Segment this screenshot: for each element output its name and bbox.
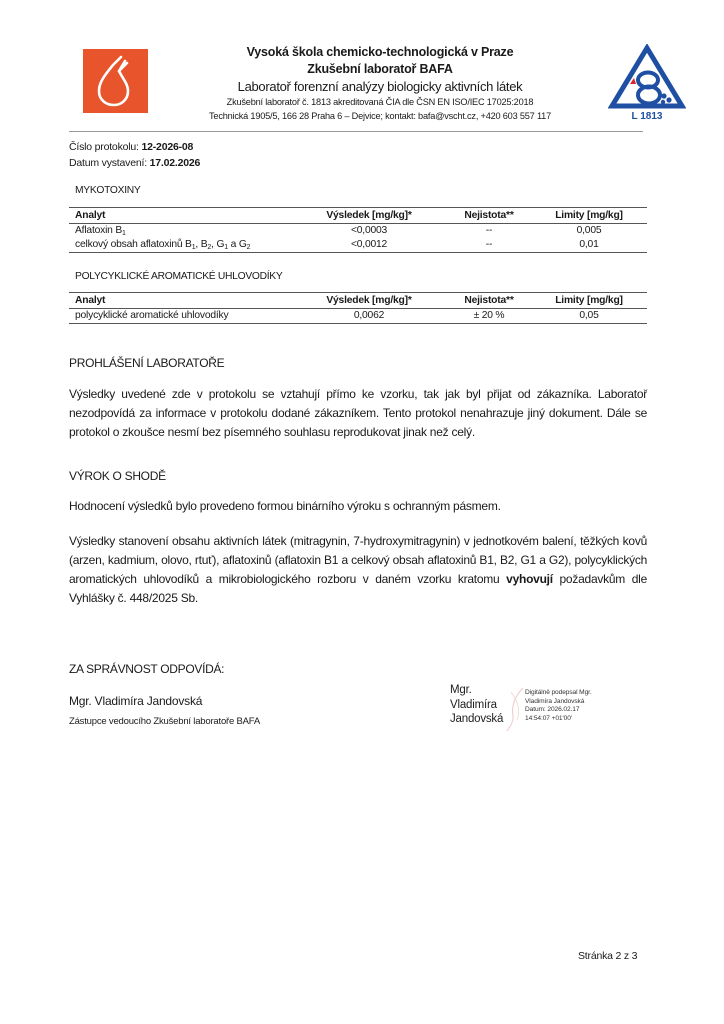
conformity-verdict: vyhovují	[506, 572, 553, 586]
col-result: Výsledek [mg/kg]*	[294, 293, 444, 308]
col-limit: Limity [mg/kg]	[529, 208, 649, 223]
result-cell: <0,0003	[294, 224, 444, 238]
lab-subtitle: Laboratoř forenzní analýzy biologicky ak…	[150, 79, 610, 94]
analyt-cell: Aflatoxin B1	[75, 224, 126, 239]
pah-table: Analyt Výsledek [mg/kg]* Nejistota** Lim…	[69, 292, 647, 324]
table-row: celkový obsah aflatoxinů B1, B2, G1 a G2…	[69, 238, 647, 253]
col-limit: Limity [mg/kg]	[529, 293, 649, 308]
digital-signature-name: Mgr. Vladimíra Jandovská	[450, 683, 503, 727]
declaration-text: Výsledky uvedené zde v protokolu se vzta…	[69, 385, 647, 442]
analyt-cell: polycyklické aromatické uhlovodíky	[75, 309, 228, 323]
col-result: Výsledek [mg/kg]*	[294, 208, 444, 223]
vscht-logo-icon	[83, 49, 148, 113]
result-cell: <0,0012	[294, 238, 444, 252]
lab-name: Zkušební laboratoř BAFA	[150, 62, 610, 76]
conformity-title: VÝROK O SHODĚ	[69, 469, 166, 483]
limit-cell: 0,005	[529, 224, 649, 238]
header-divider	[69, 131, 643, 132]
limit-cell: 0,05	[529, 309, 649, 323]
pah-title: POLYCYKLICKÉ AROMATICKÉ UHLOVODÍKY	[75, 271, 282, 282]
cia-accreditation-logo-icon: L 1813	[608, 44, 686, 122]
protocol-number-label: Číslo protokolu:	[69, 141, 139, 153]
issue-date: Datum vystavení: 17.02.2026	[69, 157, 200, 169]
col-analyt: Analyt	[75, 208, 105, 223]
mykotoxiny-table: Analyt Výsledek [mg/kg]* Nejistota** Lim…	[69, 207, 647, 253]
institution-name: Vysoká škola chemicko-technologická v Pr…	[150, 45, 610, 59]
table-header-row: Analyt Výsledek [mg/kg]* Nejistota** Lim…	[69, 292, 647, 309]
responsible-title: ZA SPRÁVNOST ODPOVÍDÁ:	[69, 662, 224, 676]
signature-watermark-icon	[505, 686, 527, 732]
analyt-cell: celkový obsah aflatoxinů B1, B2, G1 a G2	[75, 238, 250, 253]
col-analyt: Analyt	[75, 293, 105, 308]
contact-text: Technická 1905/5, 166 28 Praha 6 – Dejvi…	[150, 111, 610, 121]
table-header-row: Analyt Výsledek [mg/kg]* Nejistota** Lim…	[69, 207, 647, 224]
table-row: polycyklické aromatické uhlovodíky 0,006…	[69, 309, 647, 324]
limit-cell: 0,01	[529, 238, 649, 252]
declaration-title: PROHLÁŠENÍ LABORATOŘE	[69, 356, 224, 370]
conformity-statement: Výsledky stanovení obsahu aktivních láte…	[69, 532, 647, 608]
signatory-role: Zástupce vedoucího Zkušební laboratoře B…	[69, 716, 260, 727]
issue-date-label: Datum vystavení:	[69, 157, 147, 169]
protocol-number: Číslo protokolu: 12-2026-08	[69, 141, 193, 153]
digital-signature-info: Digitálně podepsal Mgr. Vladimíra Jandov…	[525, 689, 592, 723]
page-number: Stránka 2 z 3	[578, 950, 637, 962]
result-cell: 0,0062	[294, 309, 444, 323]
svg-text:L 1813: L 1813	[632, 111, 663, 122]
protocol-number-value: 12-2026-08	[141, 141, 193, 153]
signatory-name: Mgr. Vladimíra Jandovská	[69, 694, 202, 708]
table-row: Aflatoxin B1 <0,0003 -- 0,005	[69, 224, 647, 238]
conformity-method: Hodnocení výsledků bylo provedeno formou…	[69, 497, 647, 516]
mykotoxiny-title: MYKOTOXINY	[75, 185, 140, 196]
accreditation-text: Zkušební laboratoř č. 1813 akreditovaná …	[150, 97, 610, 107]
issue-date-value: 17.02.2026	[150, 157, 201, 169]
